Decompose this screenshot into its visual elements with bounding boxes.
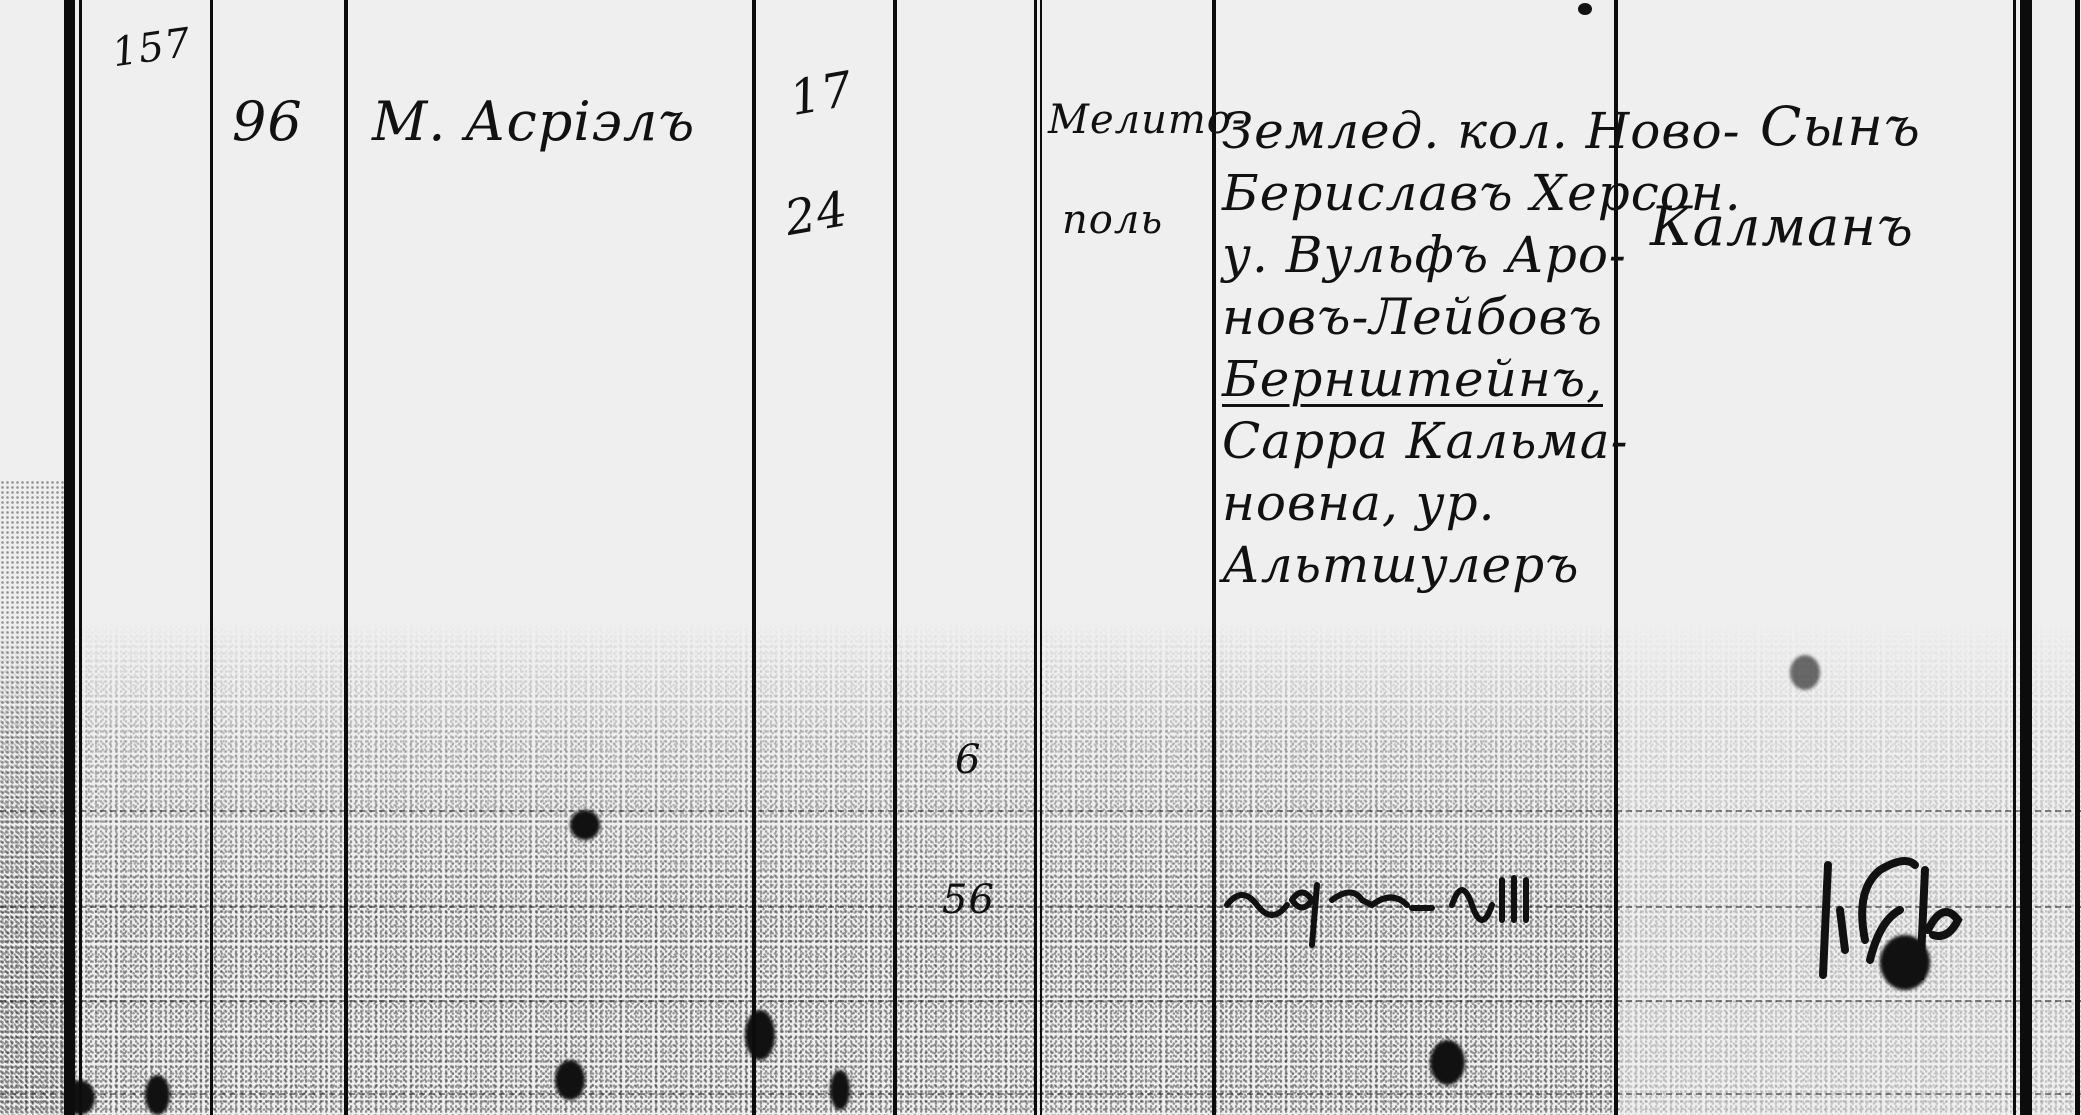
column-rule: [752, 0, 756, 1115]
paper-stain-left: [0, 480, 70, 1115]
column-rule: [344, 0, 348, 1115]
day-mark-2: 56: [942, 880, 995, 920]
ruling-line: [0, 906, 2081, 909]
child-gender: Сынъ: [1760, 100, 1921, 154]
parents-line: новъ-Лейбовъ: [1222, 286, 1742, 348]
column-rule: [2075, 0, 2080, 1115]
column-rule: [893, 0, 897, 1115]
column-rule: [64, 0, 75, 1115]
parents-line: новна, ур.: [1222, 472, 1742, 534]
ink-blot: [830, 1070, 850, 1110]
column-rule: [2013, 0, 2016, 1115]
parents-signature: [1222, 860, 1602, 950]
parents-entry: Землед. кол. Ново- Бериславъ Херсон. у. …: [1222, 100, 1742, 596]
column-rule: [2020, 0, 2032, 1115]
ruling-line: [0, 1000, 2081, 1003]
parents-line: Альтшулеръ: [1222, 534, 1742, 596]
entry-number-section: 96: [232, 95, 303, 149]
child-name: Калманъ: [1650, 200, 1914, 254]
column-rule: [210, 0, 213, 1115]
child-signature: [1810, 850, 1970, 980]
parents-line: Землед. кол. Ново-: [1222, 100, 1742, 162]
ink-blot: [1430, 1040, 1465, 1085]
parents-line: Сарра Кальма-: [1222, 410, 1742, 472]
ink-blot: [555, 1060, 585, 1100]
ink-blot: [1790, 655, 1820, 690]
ruling-line: [0, 1093, 2081, 1096]
date-day-2: 24: [781, 185, 851, 243]
officiant-name: М. Асріэлъ: [372, 95, 695, 149]
ink-blot: [745, 1010, 775, 1060]
ink-blot: [570, 810, 600, 840]
ink-blot: [65, 1080, 95, 1115]
ink-blot: [145, 1075, 170, 1115]
ruling-line: [0, 810, 2081, 813]
entry-number-general: 157: [110, 23, 194, 74]
birthplace-line-1: Мелито-: [1048, 100, 1246, 140]
ink-spot: [1578, 3, 1592, 15]
register-page: 157 96 М. Асріэлъ 17 24 Мелито- поль Зем…: [0, 0, 2081, 1115]
parents-surname: Бернштейнъ,: [1222, 348, 1742, 410]
day-mark-1: 6: [955, 740, 981, 780]
column-rule: [79, 0, 82, 1115]
date-day-1: 17: [786, 65, 856, 123]
column-rule: [1212, 0, 1216, 1115]
paper-stain: [0, 620, 2081, 1115]
birthplace-line-2: поль: [1062, 200, 1163, 240]
column-rule: [1040, 0, 1042, 1115]
column-rule: [1034, 0, 1037, 1115]
